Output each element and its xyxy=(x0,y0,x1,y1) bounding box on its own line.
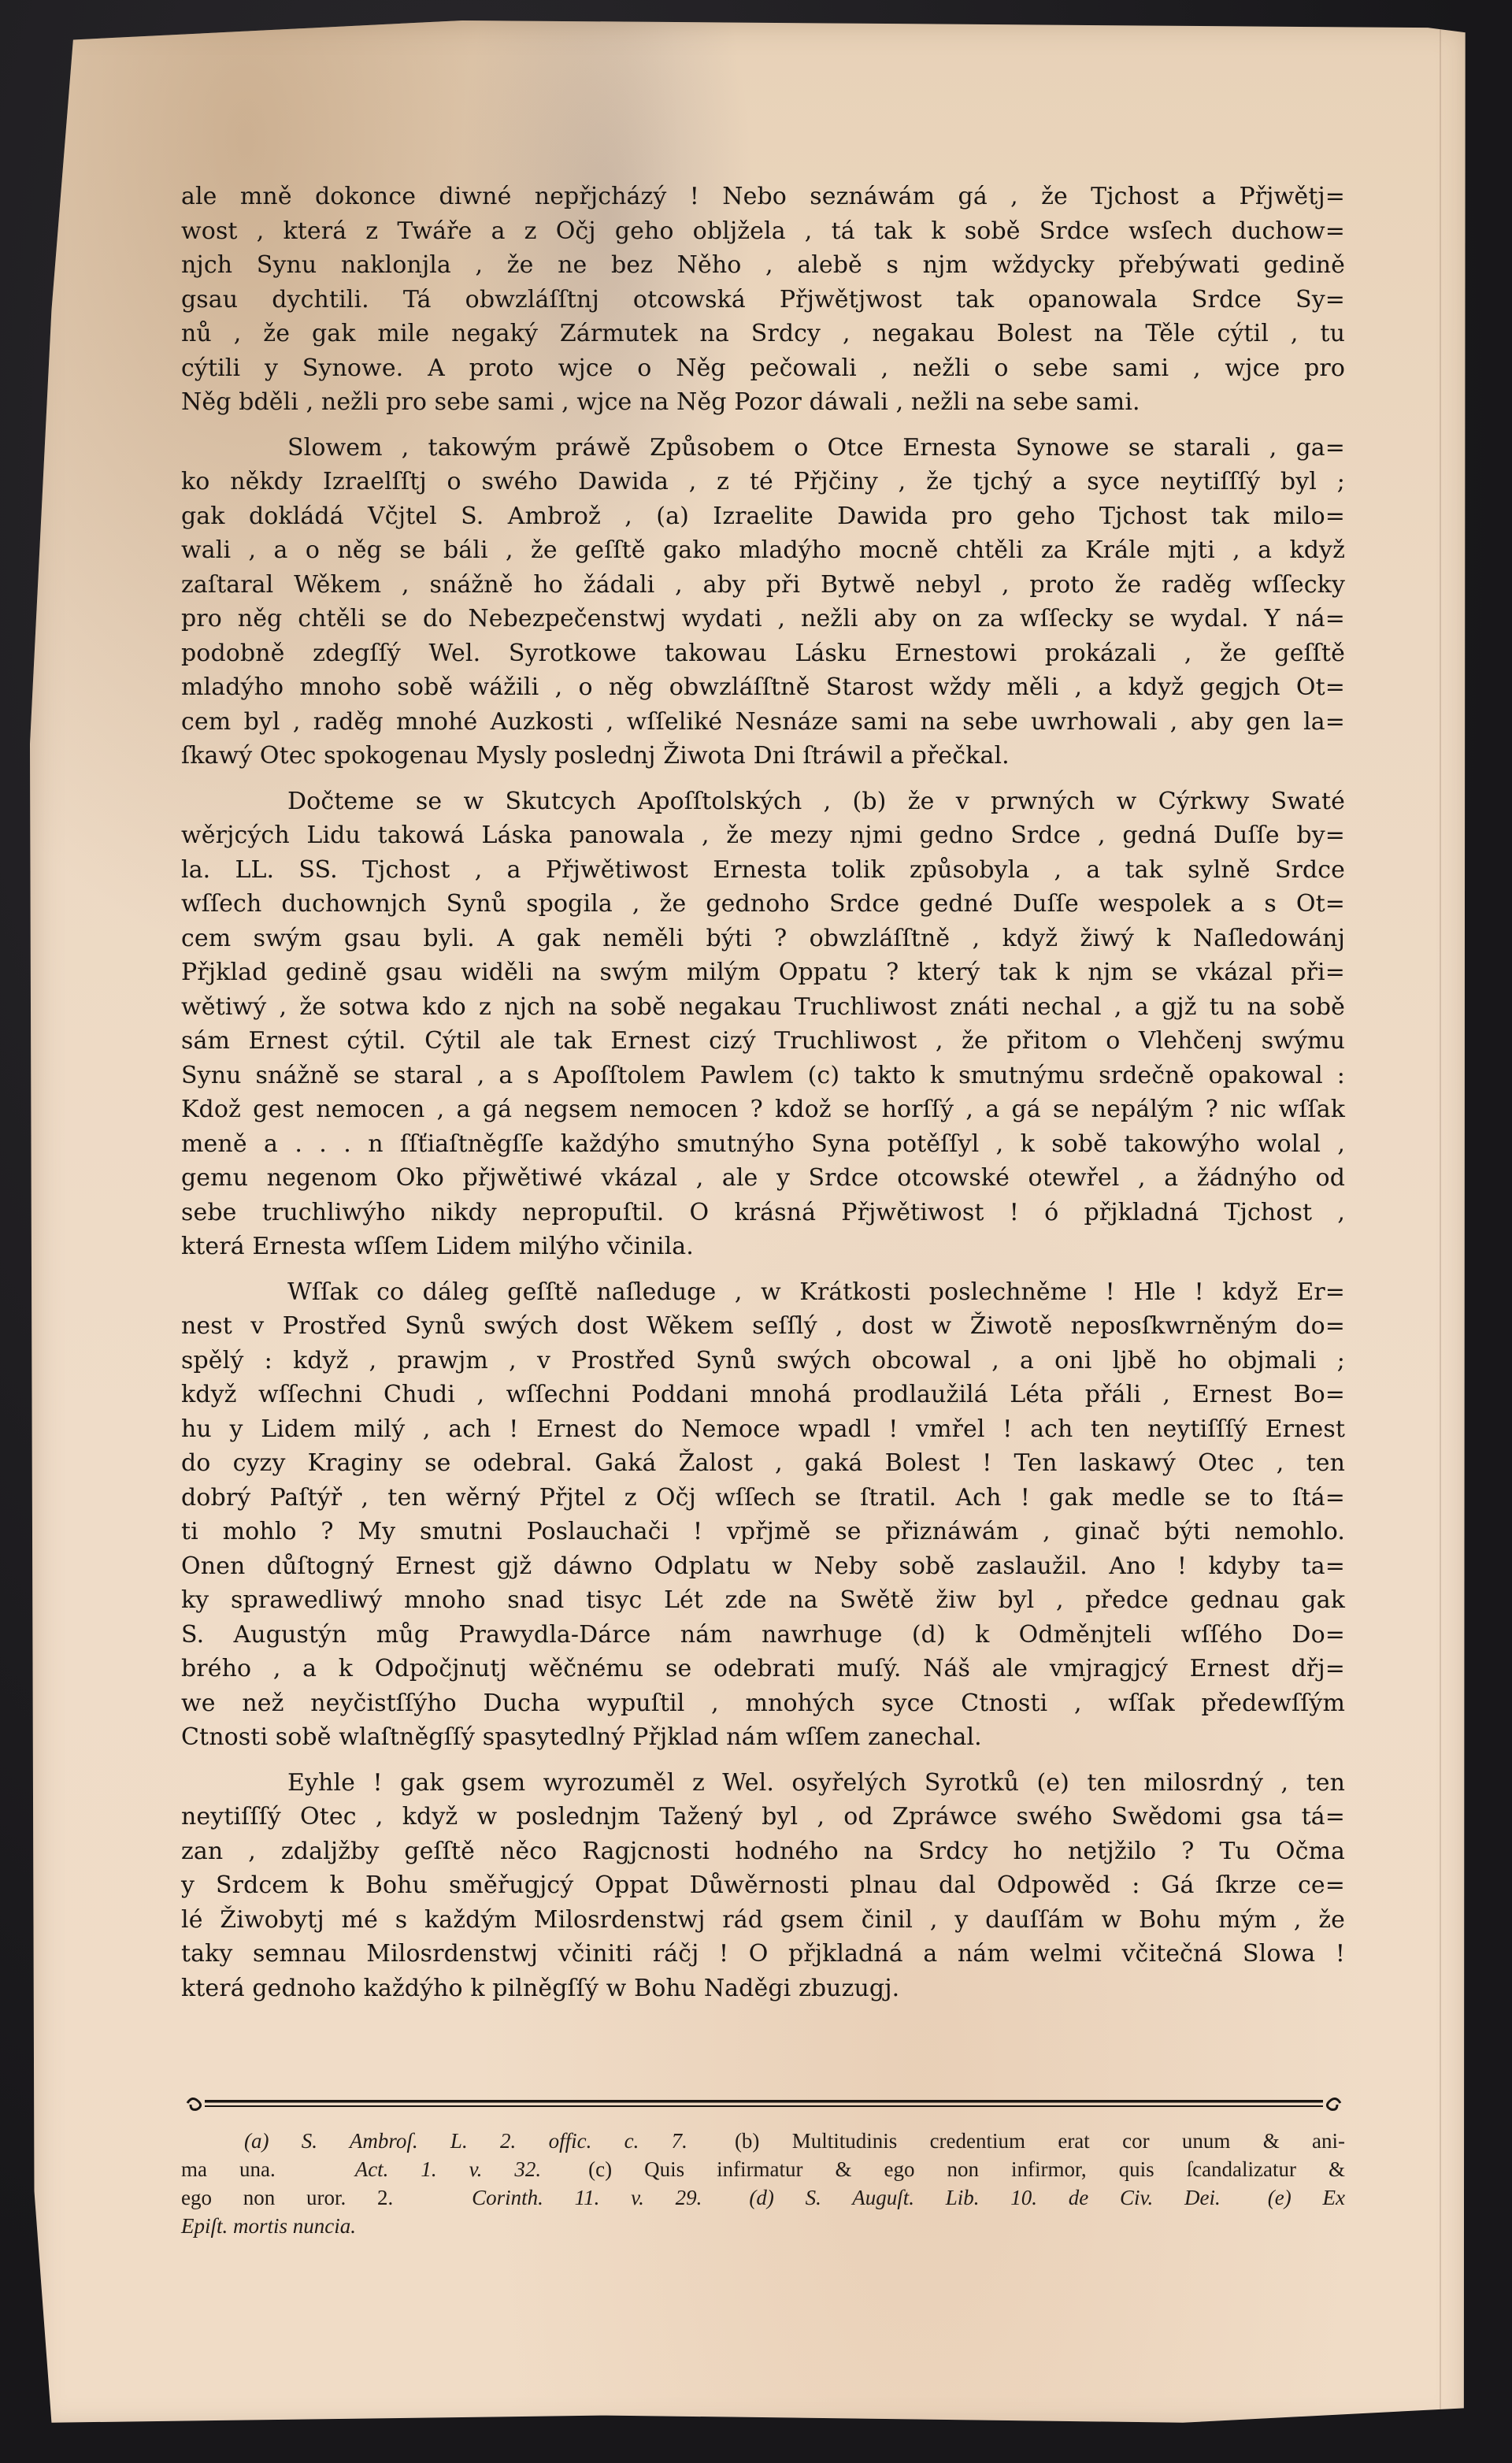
footnote-segment: (c) Quis infirmatur & ego non infirmor, … xyxy=(588,2157,1345,2181)
text-line: wost , která z Twáře a z Očj geho obljže… xyxy=(181,214,1345,249)
text-line: Slowem , takowým práwě Způsobem o Otce E… xyxy=(181,431,1345,466)
text-line: wali , a o něg se báli , že geſſtě gako … xyxy=(181,533,1345,568)
ornamental-rule-divider xyxy=(183,2092,1345,2116)
footnote-segment: ego non uror. 2. xyxy=(181,2186,424,2209)
text-line: Onen důſtogný Ernest gjž dáwno Odplatu w… xyxy=(181,1549,1345,1584)
footnotes: (a) S. Ambroſ. L. 2. offic. c. 7.(b) Mul… xyxy=(181,2127,1345,2240)
paragraph-p4: Wſſak co dáleg geſſtě naſleduge , w Krát… xyxy=(181,1275,1345,1755)
text-line: S. Augustýn můg Prawydla-Dárce nám nawrh… xyxy=(181,1618,1345,1653)
text-line: wětiwý , že sotwa kdo z njch na sobě neg… xyxy=(181,990,1345,1025)
text-line: když wſſechni Chudi , wſſechni Poddani m… xyxy=(181,1378,1345,1412)
text-line: podobně zdegſſý Wel. Syrotkowe takowau L… xyxy=(181,636,1345,671)
text-line: ko někdy Izraelſſtj o swého Dawida , z t… xyxy=(181,465,1345,499)
text-line: gak dokládá Včjtel S. Ambrož , (a) Izrae… xyxy=(181,499,1345,534)
text-line: ky sprawedliwý mnoho snad tisyc Lét zde … xyxy=(181,1583,1345,1618)
text-line: Eyhle ! gak gsem wyrozuměl z Wel. osyřel… xyxy=(181,1766,1345,1801)
text-line: gemu negenom Oko přjwětiwé vkázal , ale … xyxy=(181,1161,1345,1196)
footnote-segment: ma una. xyxy=(181,2157,308,2181)
text-line: dobrý Paſtýř , ten wěrný Přjtel z Očj wſ… xyxy=(181,1481,1345,1515)
footnote-segment: Act. 1. v. 32. xyxy=(355,2157,541,2181)
paragraph-p2: Slowem , takowým práwě Způsobem o Otce E… xyxy=(181,431,1345,773)
footnote-segment: Corinth. 11. v. 29. xyxy=(472,2186,702,2209)
text-line: nest v Prostřed Synů swých dost Wěkem se… xyxy=(181,1309,1345,1344)
text-line: zan , zdaljžby geſſtě něco Ragjcnosti ho… xyxy=(181,1834,1345,1869)
footnote-segment: (b) Multitudinis credentium erat cor unu… xyxy=(735,2129,1345,2153)
text-line: cem byl , raděg mnohé Auzkosti , wſſelik… xyxy=(181,705,1345,740)
text-line: Něg bděli , nežli pro sebe sami , wjce n… xyxy=(181,385,1345,420)
footnote-line: (a) S. Ambroſ. L. 2. offic. c. 7.(b) Mul… xyxy=(181,2127,1345,2155)
text-line: cýtili y Synowe. A proto wjce o Něg pečo… xyxy=(181,351,1345,386)
text-line: nů , že gak mile negaký Zármutek na Srdc… xyxy=(181,317,1345,351)
text-line: gsau dychtili. Tá obwzláſſtnj otcowská P… xyxy=(181,283,1345,317)
text-line: brého , a k Odpočjnutj wěčnému se odebra… xyxy=(181,1652,1345,1686)
footnote-segment: (a) S. Ambroſ. L. 2. offic. c. 7. xyxy=(244,2129,687,2153)
text-line: we než neyčistſſýho Ducha wypuſtil , mno… xyxy=(181,1686,1345,1721)
text-line: Ctnosti sobě wlaſtněgſſý spasytedlný Přj… xyxy=(181,1720,1345,1755)
text-line: y Srdcem k Bohu směřugjcý Oppat Důwěrnos… xyxy=(181,1868,1345,1903)
text-line: která gednoho každýho k pilněgſſý w Bohu… xyxy=(181,1972,1345,2006)
text-line: Dočteme se w Skutcych Apoſſtolských , (b… xyxy=(181,785,1345,819)
paragraph-p3: Dočteme se w Skutcych Apoſſtolských , (b… xyxy=(181,785,1345,1264)
text-line: wěrjcých Lidu takowá Láska panowala , že… xyxy=(181,818,1345,853)
footnote-segment: Epiſt. mortis nuncia. xyxy=(181,2214,356,2238)
text-line: wſſech duchownjch Synů spogila , že gedn… xyxy=(181,887,1345,922)
text-line: sebe truchliwýho nikdy nepropuſtil. O kr… xyxy=(181,1196,1345,1230)
text-line: la. LL. SS. Tjchost , a Přjwětiwost Erne… xyxy=(181,853,1345,888)
paragraph-p1: ale mně dokonce diwné nepřjcházý ! Nebo … xyxy=(181,180,1345,420)
text-line: mladýho mnoho sobě wážili , o něg obwzlá… xyxy=(181,670,1345,705)
text-line: taky semnau Milosrdenstwj včiniti ráčj !… xyxy=(181,1937,1345,1972)
text-line: Synu snážně se staral , a s Apoſſtolem P… xyxy=(181,1059,1345,1093)
text-line: ſkawý Otec spokogenau Mysly poslednj Žiw… xyxy=(181,739,1345,773)
text-line: hu y Lidem milý , ach ! Ernest do Nemoce… xyxy=(181,1412,1345,1447)
text-line: sám Ernest cýtil. Cýtil ale tak Ernest c… xyxy=(181,1024,1345,1059)
footnote-line: ego non uror. 2. Corinth. 11. v. 29.(d) … xyxy=(181,2183,1345,2212)
footnote-line: Epiſt. mortis nuncia. xyxy=(181,2212,1345,2240)
text-line: Wſſak co dáleg geſſtě naſleduge , w Krát… xyxy=(181,1275,1345,1310)
footnote-line: ma una. Act. 1. v. 32.(c) Quis infirmatu… xyxy=(181,2155,1345,2183)
text-line: neytiſſſý Otec , když w poslednjm Tažený… xyxy=(181,1800,1345,1834)
paper-fold-line xyxy=(1440,20,1441,2432)
text-line: njch Synu naklonjla , že ne bez Něho , a… xyxy=(181,248,1345,283)
body-text: ale mně dokonce diwné nepřjcházý ! Nebo … xyxy=(181,180,1345,2016)
text-line: cem swým gsau byli. A gak neměli býti ? … xyxy=(181,922,1345,956)
text-line: zaſtaral Wěkem , snážně ho žádali , aby … xyxy=(181,568,1345,603)
text-line: do cyzy Kraginy se odebral. Gaká Žalost … xyxy=(181,1446,1345,1481)
text-line: spělý : když , prawjm , v Prostřed Synů … xyxy=(181,1344,1345,1378)
text-line: Kdož gest nemocen , a gá negsem nemocen … xyxy=(181,1092,1345,1127)
text-line: ale mně dokonce diwné nepřjcházý ! Nebo … xyxy=(181,180,1345,214)
paragraph-p5: Eyhle ! gak gsem wyrozuměl z Wel. osyřel… xyxy=(181,1766,1345,2006)
text-line: která Ernesta wſſem Lidem milýho včinila… xyxy=(181,1230,1345,1264)
text-line: pro něg chtěli se do Nebezpečenstwj wyda… xyxy=(181,602,1345,636)
text-line: Přjklad gedině gsau widěli na swým milým… xyxy=(181,955,1345,990)
text-line: ti mohlo ? My smutni Poslauchači ! vpřjm… xyxy=(181,1515,1345,1549)
text-line: lé Žiwobytj mé s každým Milosrdenstwj rá… xyxy=(181,1903,1345,1938)
footnote-segment: (d) S. Auguſt. Lib. 10. de Civ. Dei. xyxy=(749,2186,1220,2209)
footnote-segment: (e) Ex xyxy=(1268,2186,1345,2209)
text-line: meně a . . . n ſſťiaſtněgſſe každýho smu… xyxy=(181,1127,1345,1162)
